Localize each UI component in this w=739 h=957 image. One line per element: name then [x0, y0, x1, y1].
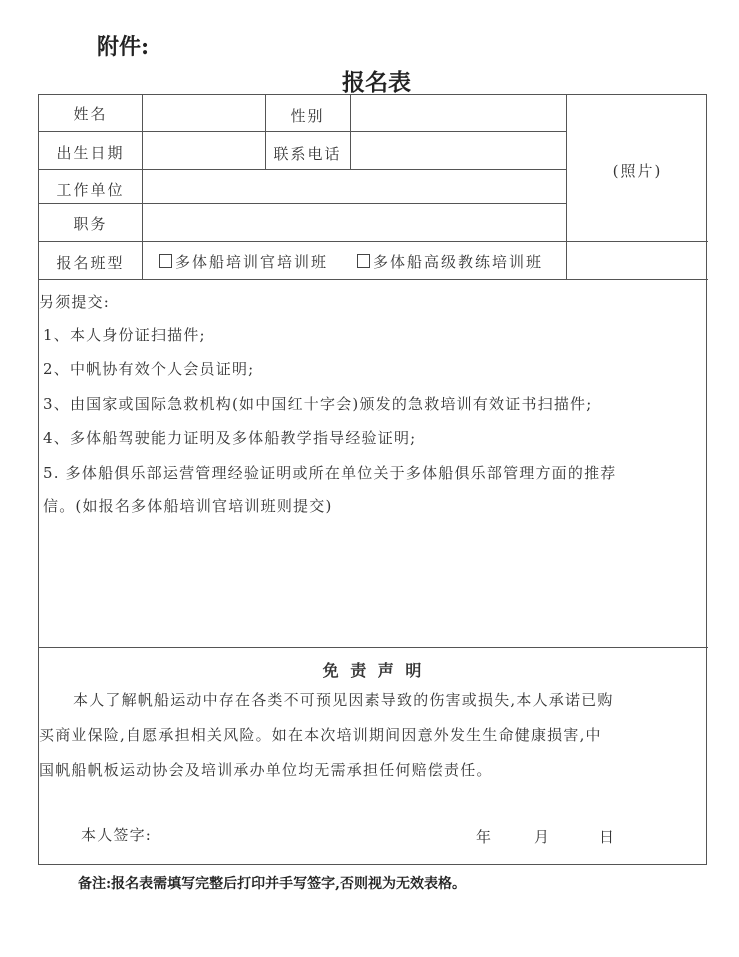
attachment-label: 附件: — [97, 30, 149, 61]
phone-label: 联系电话 — [265, 143, 350, 164]
month-label: 月 — [534, 826, 550, 847]
name-label: 姓名 — [39, 103, 142, 124]
disclaimer-line: 本人了解帆船运动中存在各类不可预见因素导致的伤害或损失,本人承诺已购 — [73, 689, 614, 710]
employer-label: 工作单位 — [39, 179, 142, 200]
employer-field[interactable] — [143, 170, 566, 203]
requirement-item: 4、多体船驾驶能力证明及多体船教学指导经验证明; — [43, 427, 416, 448]
disclaimer-line: 买商业保险,自愿承担相关风险。如在本次培训期间因意外发生生命健康损害,中 — [39, 724, 602, 745]
requirements-heading: 另须提交: — [39, 291, 110, 312]
gender-field[interactable] — [351, 95, 566, 131]
section-divider — [39, 647, 708, 648]
disclaimer-line: 国帆船帆板运动协会及培训承办单位均无需承担任何赔偿责任。 — [39, 759, 493, 780]
position-field[interactable] — [143, 204, 566, 241]
photo-placeholder[interactable]: (照片) — [567, 160, 708, 181]
day-label: 日 — [599, 826, 615, 847]
requirement-item: 1、本人身份证扫描件; — [43, 324, 206, 345]
requirement-item: 2、中帆协有效个人会员证明; — [43, 358, 254, 379]
disclaimer-title: 免 责 声 明 — [39, 658, 708, 681]
birth-date-field[interactable] — [143, 132, 265, 169]
position-label: 职务 — [39, 213, 142, 234]
class-option-1[interactable]: 多体船培训官培训班 — [159, 251, 328, 272]
requirement-item: 5. 多体船俱乐部运营管理经验证明或所在单位关于多体船俱乐部管理方面的推荐 — [43, 462, 616, 483]
phone-field[interactable] — [351, 132, 566, 169]
name-field[interactable] — [143, 95, 265, 131]
col-divider — [566, 95, 567, 279]
checkbox-icon[interactable] — [159, 254, 172, 268]
checkbox-icon[interactable] — [357, 254, 370, 268]
signature-field[interactable] — [157, 819, 457, 845]
gender-label: 性别 — [265, 105, 350, 126]
year-label: 年 — [476, 826, 492, 847]
signature-label: 本人签字: — [81, 824, 152, 845]
footer-note: 备注:报名表需填写完整后打印并手写签字,否则视为无效表格。 — [78, 873, 466, 893]
class-option-2[interactable]: 多体船高级教练培训班 — [357, 251, 543, 272]
row-divider — [39, 241, 708, 242]
row-divider — [39, 279, 708, 280]
registration-form: 姓名 性别 出生日期 联系电话 工作单位 职务 (照片) 报名班型 多体船培训官… — [38, 94, 707, 865]
class-type-label: 报名班型 — [39, 252, 142, 273]
birth-date-label: 出生日期 — [39, 142, 142, 163]
requirement-item: 3、由国家或国际急救机构(如中国红十字会)颁发的急救培训有效证书扫描件; — [43, 393, 593, 414]
form-title: 报名表 — [0, 64, 739, 97]
requirement-item: 信。(如报名多体船培训官培训班则提交) — [43, 495, 333, 516]
